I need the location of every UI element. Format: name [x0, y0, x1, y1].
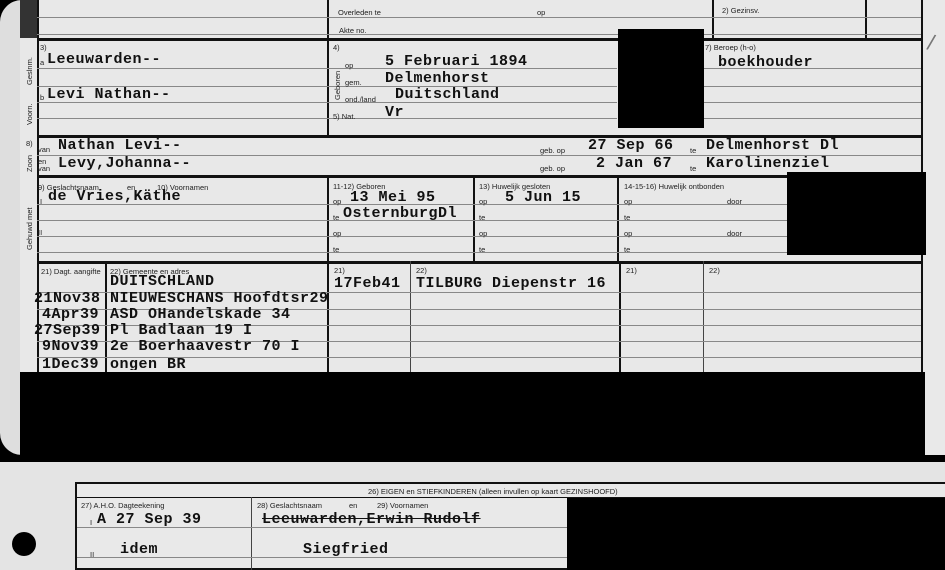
address-date: 21Nov38 — [34, 290, 101, 307]
spouse-name-value: de Vries,Käthe — [48, 188, 181, 205]
rule — [37, 17, 921, 18]
mother-te-label: te — [690, 164, 696, 173]
spouse-born-op: op — [333, 197, 341, 206]
overleden-op-label: op — [537, 8, 545, 17]
spouse-row-ii: II — [38, 228, 42, 237]
marriage-te: te — [479, 213, 485, 222]
col3-address-header: 22) — [709, 266, 720, 275]
divider — [712, 0, 714, 38]
rule — [37, 236, 787, 237]
birth-land-label: ond./land — [345, 95, 376, 104]
aho-label: 27) A.H.O. Dagteekening — [81, 501, 164, 510]
rule — [37, 252, 787, 253]
divider — [617, 175, 619, 263]
divider — [619, 261, 621, 372]
marriage-te-2: te — [479, 245, 485, 254]
birth-country-value: Duitschland — [395, 86, 500, 103]
address-entry: Pl Badlaan 19 I — [110, 322, 253, 339]
address-entry: NIEUWESCHANS Hoofdtsr29 — [110, 290, 329, 307]
child-surname-label: 28) Geslachtsnaam — [257, 501, 322, 510]
address-date: 27Sep39 — [34, 322, 101, 339]
spouse-birth-date: 13 Mei 95 — [350, 189, 436, 206]
spouse-birth-place: OsternburgDl — [343, 205, 457, 222]
rule — [327, 118, 617, 119]
first-names-value: Levi Nathan-- — [47, 86, 171, 103]
birth-op-label: op — [345, 61, 353, 70]
address-entry: ASD OHandelskade 34 — [110, 306, 291, 323]
spouse-born-te-2: te — [333, 245, 339, 254]
dissolved-label: 14-15-16) Huwelijk ontbonden — [624, 182, 724, 191]
mother-van-label: van — [38, 164, 50, 173]
occupation-label: 7) Beroep (h-o) — [705, 43, 756, 52]
child-name-value: Leeuwarden,Erwin Rudolf — [262, 511, 481, 528]
card-edge-strip — [925, 0, 945, 455]
birth-side-label: Geboren — [333, 71, 342, 100]
mother-geb-label: geb. op — [540, 164, 565, 173]
divider — [410, 261, 411, 372]
address-date: 1Dec39 — [42, 356, 99, 370]
address-date: 9Nov39 — [42, 338, 99, 355]
dissolved-op-2: op — [624, 229, 632, 238]
address-entry: ongen BR — [110, 356, 186, 370]
birth-place-value: Delmenhorst — [385, 70, 490, 87]
rule — [704, 86, 921, 87]
spouse-side-label: Gehuwd met — [25, 207, 34, 250]
prefix-b: b — [40, 93, 44, 102]
spouse-born-te: te — [333, 213, 339, 222]
address-entry: 2e Boerhaavestr 70 I — [110, 338, 300, 355]
gezinsv-label: 2) Gezinsv. — [722, 6, 759, 15]
section-divider — [37, 261, 921, 264]
divider — [865, 0, 867, 38]
address-entry: DUITSCHLAND — [110, 273, 215, 290]
spouse-born-op-2: op — [333, 229, 341, 238]
mother-birth-place: Karolinenziel — [706, 155, 830, 172]
parents-number: 8) — [26, 139, 33, 148]
children-header: 26) EIGEN en STIEFKINDEREN (alleen invul… — [368, 487, 618, 496]
father-birth-date: 27 Sep 66 — [588, 137, 674, 154]
occupation-value: boekhouder — [718, 54, 813, 71]
divider — [473, 175, 475, 263]
address-date: 4Apr39 — [42, 306, 99, 323]
dissolved-te-2: te — [624, 245, 630, 254]
surname-side-label: Geslnm. — [25, 57, 34, 85]
col3-date-header: 21) — [626, 266, 637, 275]
child-en-label: en — [349, 501, 357, 510]
col2-date-header: 21) — [334, 266, 345, 275]
rule — [37, 34, 921, 35]
divider — [327, 0, 329, 38]
divider — [251, 497, 252, 570]
marriage-op: op — [479, 197, 487, 206]
col2-address-entry: TILBURG Diepenstr 16 — [416, 275, 606, 292]
dissolved-door-2: door — [727, 229, 742, 238]
mother-name-value: Levy,Johanna-- — [58, 155, 191, 172]
nationality-label: 5) Nat. — [333, 112, 356, 121]
redacted-block — [787, 172, 926, 255]
col2-address-header: 22) — [416, 266, 427, 275]
marriage-op-2: op — [479, 229, 487, 238]
address-date-header: 21) Dagt. aangifte — [41, 267, 101, 276]
nationality-value: Vr — [385, 104, 404, 121]
rule — [704, 118, 921, 119]
redacted-block — [618, 29, 704, 128]
dissolved-door: door — [727, 197, 742, 206]
birth-number: 4) — [333, 43, 340, 52]
child-aho-value: A 27 Sep 39 — [97, 511, 202, 528]
birth-gem-label: gem. — [345, 78, 362, 87]
col2-address-date: 17Feb41 — [334, 275, 401, 292]
child-row-i: I — [90, 518, 92, 527]
punch-hole — [12, 532, 36, 556]
redacted-band — [20, 372, 925, 455]
surname-value: Leeuwarden-- — [47, 51, 161, 68]
father-van-label: van — [38, 145, 50, 154]
section-divider — [37, 38, 921, 41]
akte-label: Akte no. — [339, 26, 367, 35]
divider — [327, 175, 329, 263]
divider — [703, 261, 704, 372]
father-geb-label: geb. op — [540, 146, 565, 155]
child-aho-value: idem — [120, 541, 158, 558]
firstname-side-label: Voorn. — [25, 103, 34, 125]
father-te-label: te — [690, 146, 696, 155]
mother-birth-date: 2 Jan 67 — [596, 155, 672, 172]
dissolved-op: op — [624, 197, 632, 206]
birth-date-value: 5 Februari 1894 — [385, 53, 528, 70]
father-name-value: Nathan Levi-- — [58, 137, 182, 154]
dissolved-te: te — [624, 213, 630, 222]
prefix-a: a — [40, 58, 44, 67]
redacted-block — [567, 498, 945, 570]
rule — [37, 68, 327, 69]
parents-side-label: Zoon — [25, 155, 34, 172]
father-birth-place: Delmenhorst Dl — [706, 137, 839, 154]
divider — [105, 261, 107, 372]
rule — [37, 118, 327, 119]
marriage-date: 5 Jun 15 — [505, 189, 581, 206]
overleden-label: Overleden te — [338, 8, 381, 17]
divider — [327, 38, 329, 136]
section-number: 3) — [40, 43, 47, 52]
card-tab-edge — [20, 0, 37, 38]
divider — [327, 261, 329, 372]
rule — [704, 102, 921, 103]
spouse-row-i: I — [40, 197, 42, 206]
child-row-ii: II — [90, 550, 94, 559]
child-name-value: Siegfried — [303, 541, 389, 558]
child-firstnames-label: 29) Voornamen — [377, 501, 428, 510]
